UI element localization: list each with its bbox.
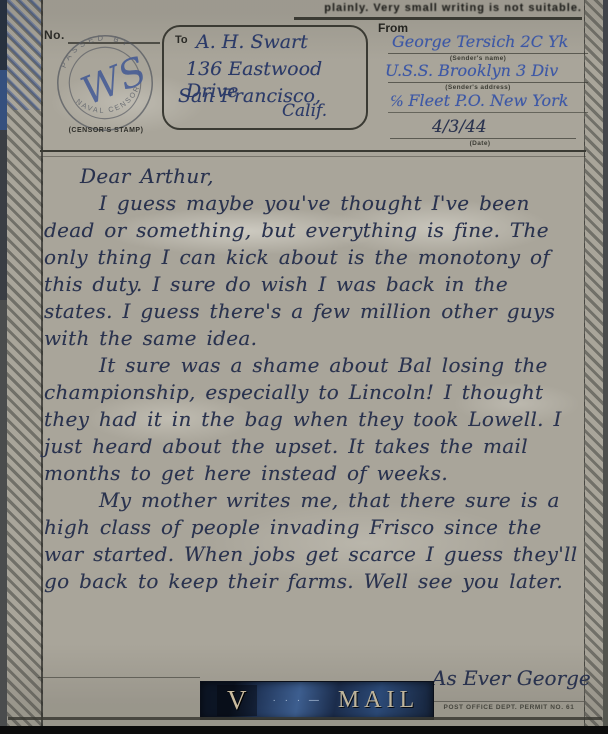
to-address-line-4: Calif. [282,101,327,121]
bottom-frame-line [8,717,602,720]
instruction-underline [294,17,582,20]
vmail-v-letter: V [217,685,257,716]
vmail-logo: V · · · — MAIL [200,681,434,720]
sender-address-2: ℅ Fleet P.O. New York [390,91,568,111]
letter-body: Dear Arthur, I guess maybe you've though… [44,163,578,595]
post-office-permit: POST OFFICE DEPT. PERMIT NO. 61 [430,704,588,711]
scan-edge-left [0,0,7,734]
to-label: To [175,34,188,46]
sender-address2-line [388,112,588,113]
scan-edge-right [603,0,608,734]
vmail-mail-text: MAIL [338,687,419,714]
scan-edge-bottom [0,726,608,734]
censor-stamp-caption: (CENSOR'S STAMP) [50,127,162,134]
hatched-border-right [584,0,604,734]
paragraph-3: My mother writes me, that there sure is … [44,487,578,595]
salutation: Dear Arthur, [80,163,578,190]
sender-name: George Tersich 2C Yk [392,32,568,51]
paragraph-2: It sure was a shame about Bal losing the… [44,352,578,487]
to-address-box: To A. H. Swart 136 Eastwood Drive San Fr… [162,25,368,130]
date-value: 4/3/44 [432,117,487,137]
hatched-border-left [7,0,43,734]
header-divider [40,150,586,152]
sender-address-caption: (Sender's address) [418,84,538,91]
sender-address-1: U.S.S. Brooklyn 3 Div [385,61,558,80]
sender-address-line [388,82,588,83]
date-caption: (Date) [430,140,530,147]
date-line [390,138,576,139]
to-address-line-1: A. H. Swart [196,31,308,53]
signature: As Ever George [432,666,592,690]
paragraph-1: I guess maybe you've thought I've been d… [44,190,578,352]
header-divider-2 [40,156,586,157]
printed-instruction-fragment: plainly. Very small writing is not suita… [290,2,582,14]
footer-rule-signature [434,701,584,702]
footer-rule-left [38,677,200,678]
vmail-morse-code: · · · — [273,695,322,706]
sender-name-line [388,53,588,54]
vmail-letter-scan: plainly. Very small writing is not suita… [0,0,608,734]
